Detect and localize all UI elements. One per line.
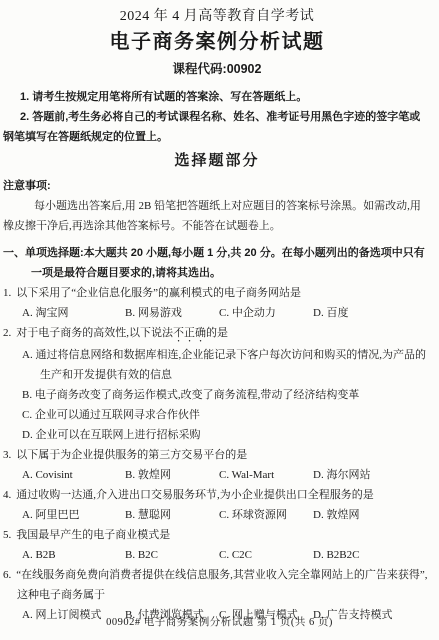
question-4-option-b: B. 慧聪网 (125, 505, 219, 525)
question-1-option-c: C. 中企动力 (219, 303, 313, 323)
question-1-option-a: A. 淘宝网 (22, 303, 125, 323)
question-3-options: A. Covisint B. 敦煌网 C. Wal-Mart D. 海尔网站 (22, 465, 431, 485)
question-4-number: 4. (3, 489, 11, 501)
question-1-number: 1. (3, 287, 11, 299)
section-title: 选择题部分 (3, 151, 431, 171)
question-5-text: 我国最早产生的电子商业模式是 (16, 529, 170, 541)
question-5-option-b: B. B2C (125, 545, 219, 565)
question-6-text: “在线服务商免费向消费者提供在线信息服务,其营业收入完全靠网站上的广告来获得”,… (16, 569, 427, 601)
question-5-number: 5. (3, 529, 11, 541)
question-5-option-a: A. B2B (22, 545, 125, 565)
question-5-option-d: D. B2B2C (313, 545, 431, 565)
exam-paper-page: 2024 年 4 月高等教育自学考试 电子商务案例分析试题 课程代码:00902… (0, 0, 439, 640)
question-5-options: A. B2B B. B2C C. C2C D. B2B2C (22, 545, 431, 565)
question-1-text: 以下采用了“企业信息化服务”的赢利模式的电子商务网站是 (16, 287, 301, 299)
general-instruction-1: 1. 请考生按规定用笔将所有试题的答案涂、写在答题纸上。 (3, 87, 431, 107)
question-3-text: 以下属于为企业提供服务的第三方交易平台的是 (16, 449, 247, 461)
part-one-heading: 一、单项选择题:本大题共 20 小题,每小题 1 分,共 20 分。在每小题列出… (3, 243, 431, 283)
question-3-stem: 3.以下属于为企业提供服务的第三方交易平台的是 (3, 445, 431, 465)
question-6-number: 6. (3, 569, 11, 581)
question-2-options: A. 通过将信息网络和数据库相连,企业能记录下客户每次访问和购买的情况,为产品的… (3, 345, 431, 445)
question-5-stem: 5.我国最早产生的电子商业模式是 (3, 525, 431, 545)
question-5-option-c: C. C2C (219, 545, 313, 565)
exam-title: 电子商务案例分析试题 (3, 29, 431, 55)
question-2-option-d: D. 企业可以在互联网上进行招标采购 (22, 425, 431, 445)
question-6-stem: 6.“在线服务商免费向消费者提供在线信息服务,其营业收入完全靠网站上的广告来获得… (3, 565, 431, 605)
question-3-option-a: A. Covisint (22, 465, 125, 485)
question-2-text-before: 对于电子商务的高效性,以下说法 (16, 327, 173, 339)
course-code: 课程代码:00902 (3, 61, 431, 77)
question-2-text-after: 的是 (206, 327, 228, 339)
question-1-options: A. 淘宝网 B. 网易游戏 C. 中企动力 D. 百度 (22, 303, 431, 323)
question-4-options: A. 阿里巴巴 B. 慧聪网 C. 环球资源网 D. 敦煌网 (22, 505, 431, 525)
question-3-option-d: D. 海尔网站 (313, 465, 431, 485)
notice-heading: 注意事项: (3, 176, 431, 196)
question-2-option-c: C. 企业可以通过互联网寻求合作伙伴 (22, 405, 431, 425)
question-4-option-a: A. 阿里巴巴 (22, 505, 125, 525)
general-instruction-2: 2. 答题前,考生务必将自己的考试课程名称、姓名、准考证号用黑色字迹的签字笔或钢… (3, 107, 431, 147)
question-1-stem: 1.以下采用了“企业信息化服务”的赢利模式的电子商务网站是 (3, 283, 431, 303)
question-3-number: 3. (3, 449, 11, 461)
question-1-option-b: B. 网易游戏 (125, 303, 219, 323)
question-4-text: 通过收购一达通,介入进出口交易服务环节,为小企业提供出口全程服务的是 (16, 489, 374, 501)
exam-session-title: 2024 年 4 月高等教育自学考试 (3, 8, 431, 26)
question-4-stem: 4.通过收购一达通,介入进出口交易服务环节,为小企业提供出口全程服务的是 (3, 485, 431, 505)
question-3-option-b: B. 敦煌网 (125, 465, 219, 485)
question-2-stem: 2.对于电子商务的高效性,以下说法不正确的是 (3, 323, 431, 345)
page-footer: 00902# 电子商务案例分析试题 第 1 页(共 6 页) (0, 614, 439, 629)
question-2-option-b: B. 电子商务改变了商务运作模式,改变了商务流程,带动了经济结构变革 (22, 385, 431, 405)
question-2-number: 2. (3, 327, 11, 339)
question-1-option-d: D. 百度 (313, 303, 431, 323)
question-2-emphasized-text: 不正确 (173, 327, 206, 339)
question-4-option-d: D. 敦煌网 (313, 505, 431, 525)
notice-body: 每小题选出答案后,用 2B 铅笔把答题纸上对应题目的答案标号涂黑。如需改动,用橡… (3, 196, 431, 236)
question-2-option-a: A. 通过将信息网络和数据库相连,企业能记录下客户每次访问和购买的情况,为产品的… (22, 345, 431, 385)
question-3-option-c: C. Wal-Mart (219, 465, 313, 485)
question-4-option-c: C. 环球资源网 (219, 505, 313, 525)
